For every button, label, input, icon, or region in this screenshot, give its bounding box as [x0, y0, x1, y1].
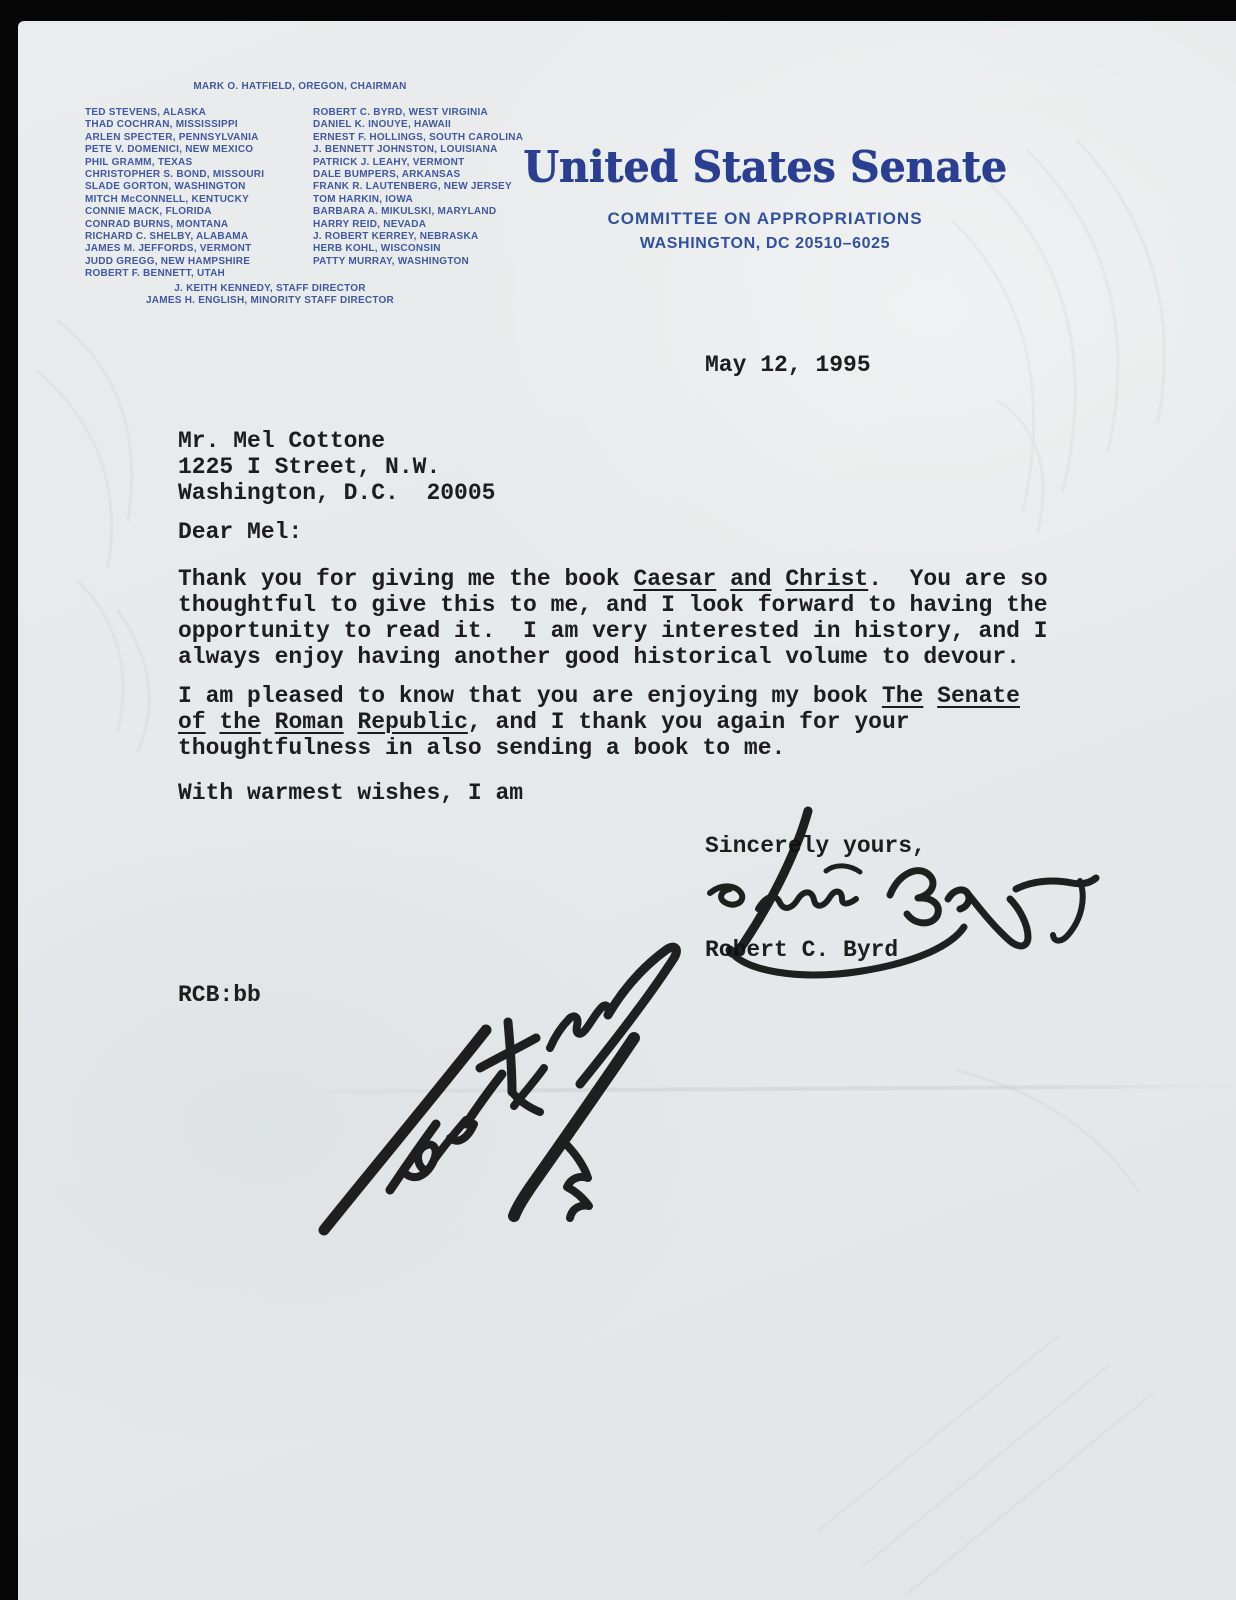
senator-list-right: ROBERT C. BYRD, WEST VIRGINIADANIEL K. I…	[313, 107, 523, 268]
list-line: PATTY MURRAY, WASHINGTON	[313, 256, 523, 268]
list-line: HARRY REID, NEVADA	[313, 219, 523, 231]
senator-list-left: TED STEVENS, ALASKATHAD COCHRAN, MISSISS…	[85, 107, 264, 281]
byrd-signature-ink	[680, 795, 1100, 995]
senate-title: United States Senate	[500, 142, 1030, 192]
body-line: always enjoy having another good histori…	[178, 644, 1048, 670]
body-line: Thank you for giving me the book Caesar …	[178, 566, 1048, 592]
list-line: PHIL GRAMM, TEXAS	[85, 157, 264, 169]
underlined-text: The	[882, 683, 923, 709]
underlined-text: Christ	[785, 566, 868, 592]
list-line: CHRISTOPHER S. BOND, MISSOURI	[85, 169, 264, 181]
body-text	[772, 566, 786, 592]
body-paragraph-1: Thank you for giving me the book Caesar …	[178, 566, 1048, 670]
underlined-text: Senate	[937, 683, 1020, 709]
recipient-address: Mr. Mel Cottone1225 I Street, N.W.Washin…	[178, 428, 495, 506]
body-text: , and I thank you again for your	[468, 709, 910, 735]
body-text: opportunity to read it. I am very intere…	[178, 618, 1048, 644]
list-line: TOM HARKIN, IOWA	[313, 194, 523, 206]
list-line: ARLEN SPECTER, PENNSYLVANIA	[85, 132, 264, 144]
body-line: opportunity to read it. I am very intere…	[178, 618, 1048, 644]
body-text: thoughtfulness in also sending a book to…	[178, 735, 785, 761]
list-line: 1225 I Street, N.W.	[178, 454, 495, 480]
list-line: ROBERT C. BYRD, WEST VIRGINIA	[313, 107, 523, 119]
letterhead-chairman: MARK O. HATFIELD, OREGON, CHAIRMAN	[85, 81, 515, 93]
list-line: JAMES H. ENGLISH, MINORITY STAFF DIRECTO…	[55, 295, 485, 307]
body-text: always enjoy having another good histori…	[178, 644, 1020, 670]
underlined-text: Republic	[357, 709, 467, 735]
body-text: I am pleased to know that you are enjoyi…	[178, 683, 882, 709]
letter-date: May 12, 1995	[705, 352, 871, 378]
body-text	[716, 566, 730, 592]
body-text	[344, 709, 358, 735]
body-text: thoughtful to give this to me, and I loo…	[178, 592, 1048, 618]
list-line: TED STEVENS, ALASKA	[85, 107, 264, 119]
list-line: PATRICK J. LEAHY, VERMONT	[313, 157, 523, 169]
list-line: BARBARA A. MIKULSKI, MARYLAND	[313, 206, 523, 218]
list-line: Mr. Mel Cottone	[178, 428, 495, 454]
staff-directors: J. KEITH KENNEDY, STAFF DIRECTORJAMES H.…	[55, 283, 485, 307]
list-line: Washington, D.C. 20005	[178, 480, 495, 506]
underlined-text: the	[219, 709, 260, 735]
body-line: of the Roman Republic, and I thank you a…	[178, 709, 1020, 735]
list-line: J. BENNETT JOHNSTON, LOUISIANA	[313, 144, 523, 156]
list-line: CONNIE MACK, FLORIDA	[85, 206, 264, 218]
committee-name: COMMITTEE ON APPROPRIATIONS	[500, 209, 1030, 229]
scanned-letter-page: { "colors": { "scan_background": "#05050…	[0, 0, 1236, 1600]
committee-address: WASHINGTON, DC 20510–6025	[500, 235, 1030, 253]
reference-initials: RCB:bb	[178, 982, 261, 1008]
list-line: JAMES M. JEFFORDS, VERMONT	[85, 243, 264, 255]
list-line: PETE V. DOMENICI, NEW MEXICO	[85, 144, 264, 156]
list-line: CONRAD BURNS, MONTANA	[85, 219, 264, 231]
body-text	[923, 683, 937, 709]
list-line: DALE BUMPERS, ARKANSAS	[313, 169, 523, 181]
list-line: HERB KOHL, WISCONSIN	[313, 243, 523, 255]
body-text: . You are so	[868, 566, 1047, 592]
body-text	[261, 709, 275, 735]
list-line: RICHARD C. SHELBY, ALABAMA	[85, 231, 264, 243]
list-line: J. KEITH KENNEDY, STAFF DIRECTOR	[55, 283, 485, 295]
body-line: thoughtfulness in also sending a book to…	[178, 735, 1020, 761]
underlined-text: and	[730, 566, 771, 592]
letter-paper: MARK O. HATFIELD, OREGON, CHAIRMAN TED S…	[18, 21, 1236, 1600]
list-line: J. ROBERT KERREY, NEBRASKA	[313, 231, 523, 243]
body-paragraph-2: I am pleased to know that you are enjoyi…	[178, 683, 1020, 761]
thank-you-inscription-ink	[318, 926, 698, 1246]
list-line: SLADE GORTON, WASHINGTON	[85, 181, 264, 193]
underlined-text: Roman	[275, 709, 344, 735]
list-line: JUDD GREGG, NEW HAMPSHIRE	[85, 256, 264, 268]
body-line: thoughtful to give this to me, and I loo…	[178, 592, 1048, 618]
list-line: FRANK R. LAUTENBERG, NEW JERSEY	[313, 181, 523, 193]
body-text	[206, 709, 220, 735]
list-line: MITCH McCONNELL, KENTUCKY	[85, 194, 264, 206]
list-line: ROBERT F. BENNETT, UTAH	[85, 268, 264, 280]
underlined-text: Caesar	[633, 566, 716, 592]
closing-line: With warmest wishes, I am	[178, 780, 523, 806]
body-line: I am pleased to know that you are enjoyi…	[178, 683, 1020, 709]
list-line: DANIEL K. INOUYE, HAWAII	[313, 119, 523, 131]
list-line: THAD COCHRAN, MISSISSIPPI	[85, 119, 264, 131]
underlined-text: of	[178, 709, 206, 735]
salutation: Dear Mel:	[178, 519, 302, 545]
list-line: ERNEST F. HOLLINGS, SOUTH CAROLINA	[313, 132, 523, 144]
body-text: Thank you for giving me the book	[178, 566, 633, 592]
